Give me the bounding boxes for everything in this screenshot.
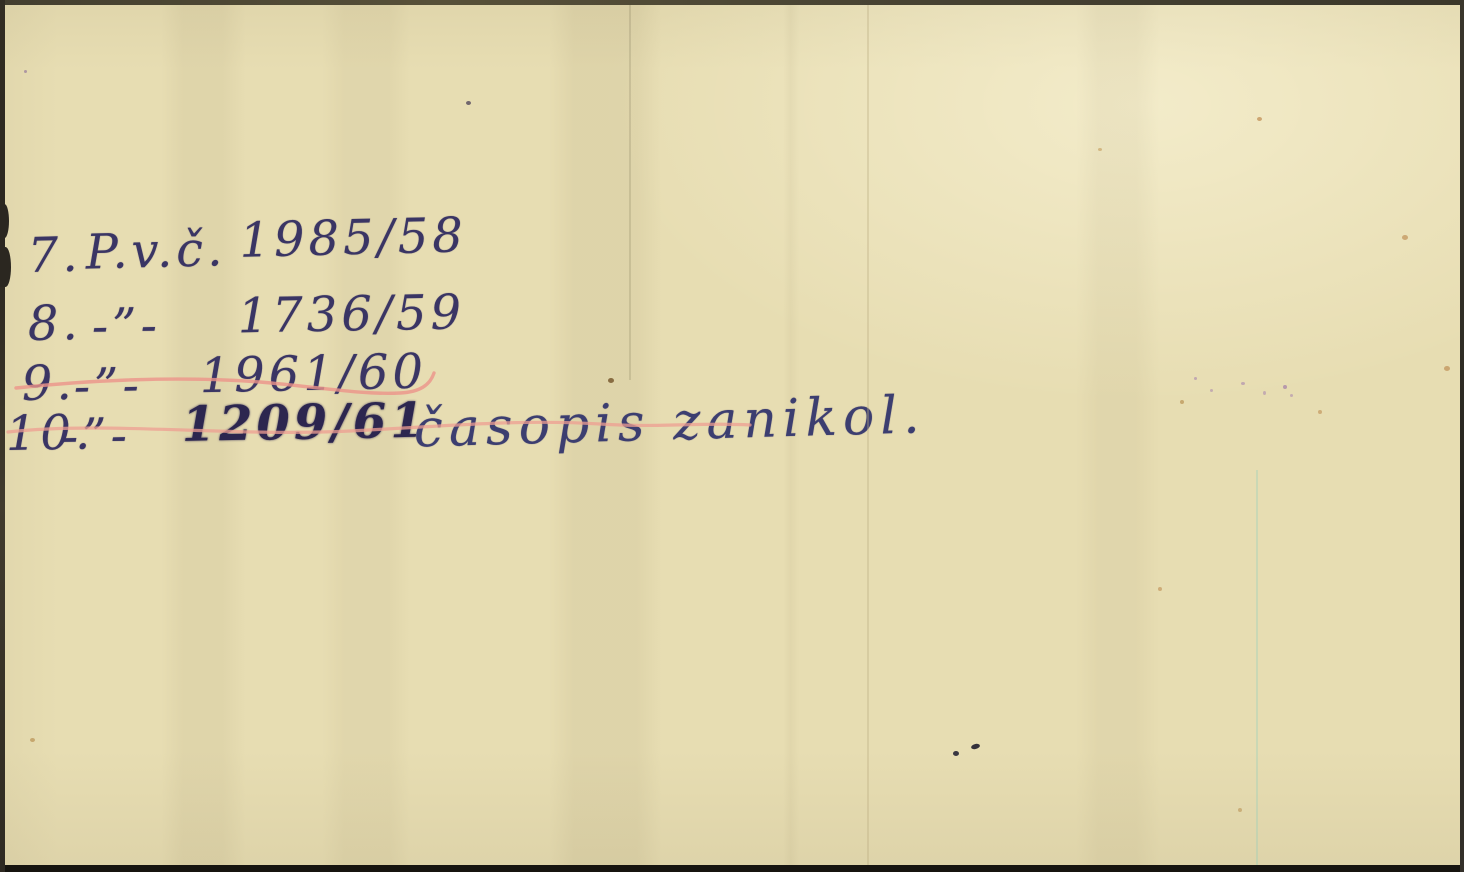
- entry-number: 7.: [27, 231, 82, 280]
- entry-signature: 1736/59: [237, 288, 465, 340]
- ink-speck: [953, 751, 959, 756]
- scan-edge-left: [0, 0, 5, 872]
- foxing-spot: [1444, 366, 1450, 371]
- scan-edge-blemish: [0, 247, 11, 287]
- entry-ditto-mark: -”-: [91, 302, 161, 351]
- ghost-ink-speck: [1290, 394, 1293, 397]
- foxing-spot: [30, 738, 35, 742]
- foxing-spot: [1238, 808, 1242, 812]
- entry-ditto-mark: -”-: [61, 412, 131, 461]
- foxing-spot: [1180, 400, 1184, 404]
- scan-artifact-line: [1256, 470, 1258, 865]
- ghost-ink-speck: [1241, 382, 1245, 385]
- foxing-spot: [1257, 117, 1262, 121]
- ghost-ink-speck: [1263, 391, 1266, 395]
- ghost-ink-speck: [1194, 377, 1197, 380]
- entry-signature: 1209/61: [181, 397, 428, 449]
- scan-edge-top: [0, 0, 1464, 5]
- ink-speck: [24, 70, 27, 73]
- scan-edge-blemish: [0, 204, 9, 238]
- scan-edge-bottom: [0, 865, 1464, 872]
- entry-signature: 1985/58: [239, 211, 468, 265]
- ghost-ink-speck: [1210, 389, 1213, 392]
- entry-label: P.v.č.: [85, 225, 227, 276]
- foxing-spot: [1402, 235, 1408, 240]
- foxing-spot: [608, 378, 614, 383]
- archival-card-scan: 7. P.v.č. 1985/58 8. -”- 1736/59 9. -”- …: [0, 0, 1464, 872]
- foxing-spot: [1318, 410, 1322, 414]
- entry-note: časopis zanikol.: [413, 389, 926, 455]
- entry-number: 8.: [27, 299, 82, 348]
- ink-speck: [466, 101, 471, 105]
- entry-number: 9.: [21, 359, 76, 408]
- scan-edge-right: [1460, 0, 1464, 872]
- ink-speck: [971, 743, 981, 750]
- ghost-ink-speck: [1283, 385, 1287, 389]
- entry-line-10: 10. -”- 1209/61 časopis zanikol.: [5, 387, 1006, 484]
- foxing-spot: [1098, 148, 1102, 151]
- foxing-spot: [1158, 587, 1162, 591]
